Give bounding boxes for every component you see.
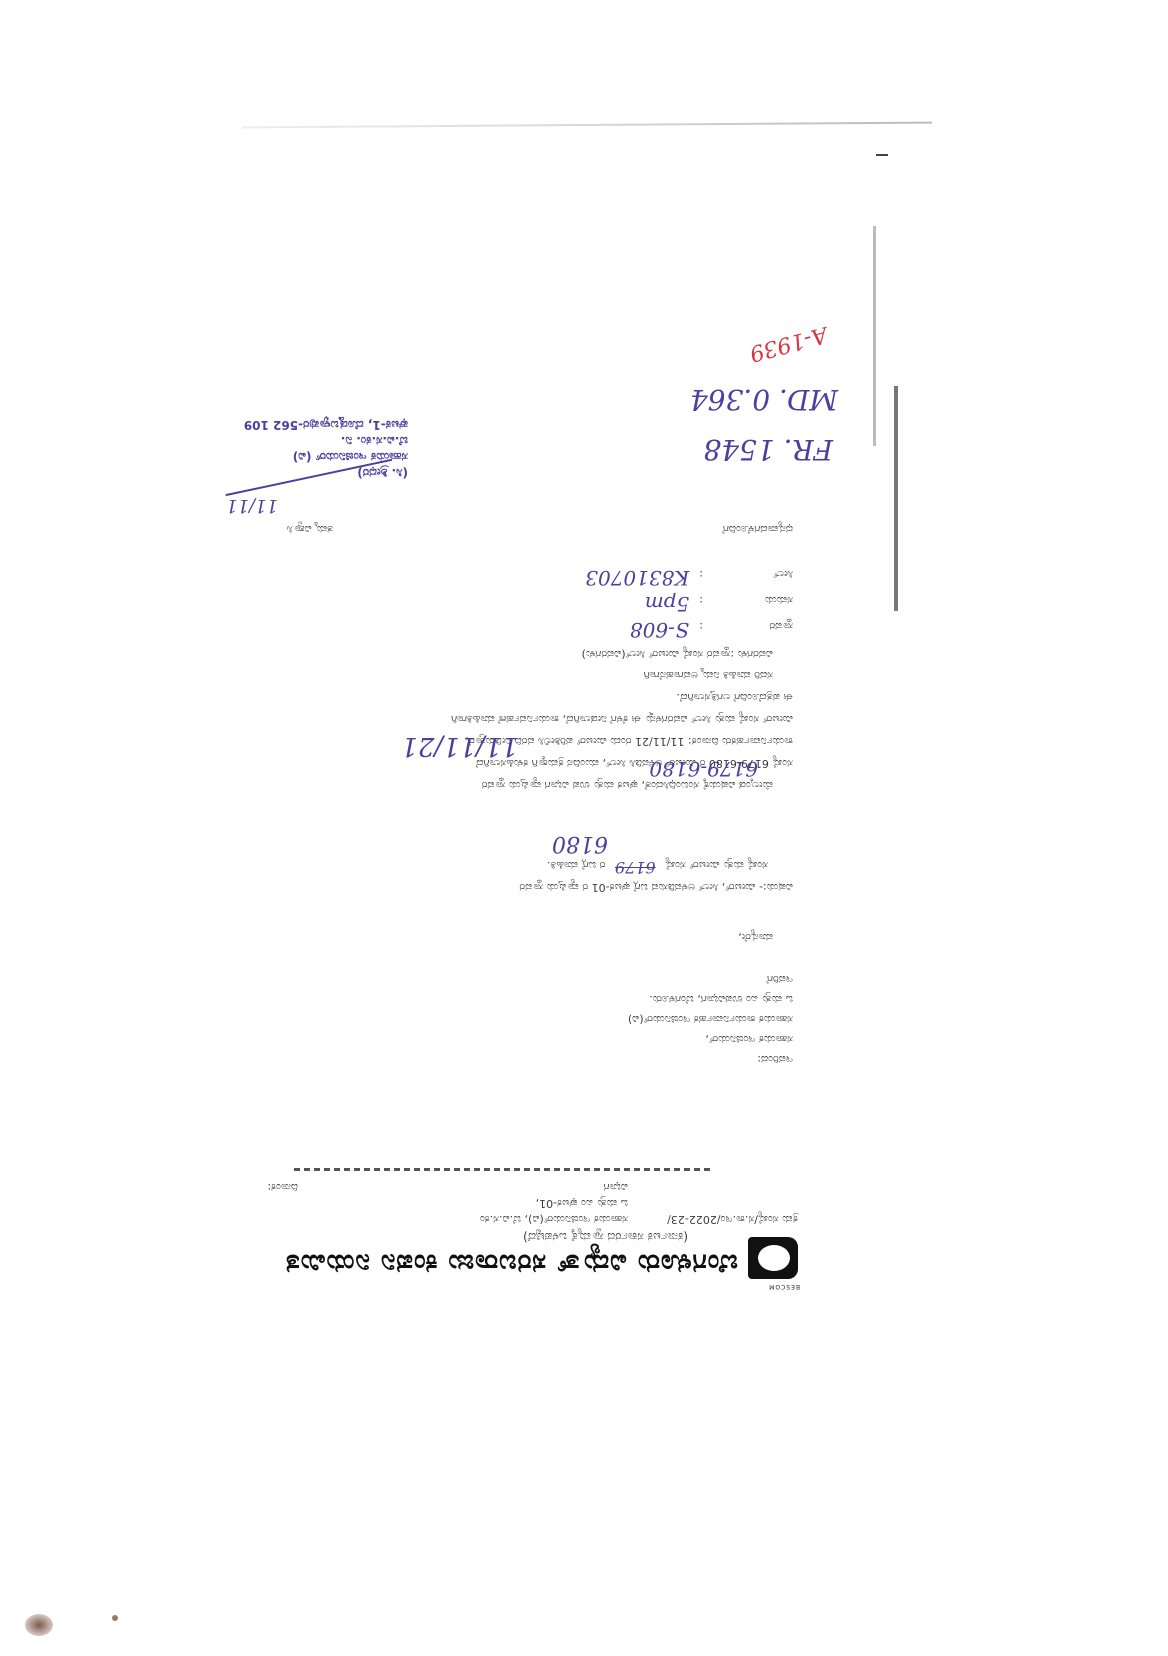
field-label: ಸಮಯ	[703, 589, 793, 611]
handwritten-struck-number: 6179	[615, 858, 656, 877]
field-label: ಸ್ಥಾವರ	[703, 615, 793, 637]
header-divider	[290, 1168, 710, 1171]
office-line: ಒ ಮತ್ತು ಎಂ ಘಟಕ-01,	[536, 1196, 628, 1210]
scan-shadow-edge	[873, 226, 876, 446]
signature-date: 11/11	[226, 495, 278, 516]
address-line: ಇವರಿಗೆ	[767, 972, 793, 986]
field-label: ಸೀಲ್	[703, 563, 793, 585]
body-line: ಸದರಿ ಮಾಹಿತಿ ನಿಮ್ಮ ಅವಗಾಹನೆಗಾಗಿ	[253, 664, 773, 686]
body-line: ಕಾರ್ಯನಿರ್ವಾಹಕರು ದಿನಾಂಕ: 11/11/21 ರಂದು ಮೀ…	[273, 730, 793, 752]
date-label: ದಿನಾಂಕ:	[267, 1180, 298, 1194]
handwritten-date: 11/11/21	[401, 731, 518, 761]
subject-line: ವಿಷಯ:- ಮೀಟರ್, ಸೀಲ್ ಅಳವಡಿಸುವ ಬಗ್ಗೆ ಘಟಕ-01…	[273, 878, 793, 896]
stamp-line: ಬೆ.ವಿ.ಸ.ಕಂ. ನಿ.	[244, 433, 408, 449]
scanned-letter-page: BESCOM ಬೆಂಗಳೂರು ವಿದ್ಯುತ್ ಸರಬರಾಜು ಕಂಪನಿ ನ…	[0, 0, 1168, 1656]
field-row: ಸೀಲ್:K8310703	[585, 563, 793, 589]
closing-text: ಧನ್ಯವಾದಗಳೊಂದಿಗೆ	[722, 522, 793, 536]
handwritten-range: 6179-6180	[649, 757, 758, 781]
field-value: 5pm	[645, 592, 690, 616]
office-line: ಸಹಾಯಕ ಇಂಜಿನಿಯರ್(ವಿ), ಬೆ.ವಿ.ಸ.ಕಂ	[480, 1212, 628, 1226]
stamp-line: ಸಹಾಯಕ ಇಂಜಿನಿಯರ್ (ವಿ)	[244, 449, 408, 465]
fields-block: ಸ್ಥಾವರ:S-608 ಸಮಯ:5pm ಸೀಲ್:K8310703	[585, 563, 793, 641]
md-annotation: MD. 0.364	[690, 383, 838, 416]
organization-title: ಬೆಂಗಳೂರು ವಿದ್ಯುತ್ ಸರಬರಾಜು ಕಂಪನಿ ನಿಯಮಿತ	[285, 1247, 738, 1278]
signature-label: ತಮ್ಮ ವಿಶ್ವಾಸಿ	[287, 522, 333, 536]
organization-subtitle: (ಕರ್ನಾಟಕ ಸರ್ಕಾರದ ಸ್ವಾಮ್ಯಕ್ಕೆ ಒಳಪಟ್ಟಿದೆ)	[523, 1229, 688, 1244]
address-line: ಸಹಾಯಕ ಇಂಜಿನಿಯರ್,	[705, 1032, 793, 1046]
stamp-line: ಘಟಕ-1, ದೊಡ್ಡಬಳ್ಳಾಪುರ-562 109	[244, 417, 408, 433]
field-row: ಸಮಯ:5pm	[585, 589, 793, 615]
scan-edge-line	[242, 122, 932, 129]
fields-heading: ವಿವರಗಳು :ಸ್ಥಾವರ ಸಂಖ್ಯೆ ಮೀಟರ್ ಸೀಲ್(ವಿವರಗಳ…	[582, 647, 773, 661]
reference-number: ಕ್ರಮ ಸಂಖ್ಯೆ/ಸ.ಕಾ.ಇಂ/2022-23/	[667, 1212, 798, 1226]
fr-annotation: FR. 1548	[703, 433, 833, 466]
logo-caption: BESCOM	[768, 1283, 800, 1290]
subject-tail: ರ ಬಗ್ಗೆ ಮಾಹಿತಿ.	[547, 859, 606, 872]
office-line: ವಿಭಾಗ	[604, 1180, 628, 1194]
red-annotation: A-1939	[747, 321, 830, 366]
subject-text: ಸಂಖ್ಯೆ ಮತ್ತು ಮೀಟರ್ ಸಂಖ್ಯೆ	[665, 859, 768, 872]
field-value: K8310703	[585, 566, 689, 590]
subject-line: ಸಂಖ್ಯೆ ಮತ್ತು ಮೀಟರ್ ಸಂಖ್ಯೆ 6179 ರ ಬಗ್ಗೆ ಮ…	[248, 856, 768, 876]
salutation: ಮಾನ್ಯರೇ,	[738, 930, 773, 944]
address-line: ಸಹಾಯಕ ಕಾರ್ಯನಿರ್ವಾಹಕ ಇಂಜಿನಿಯರ್(ವಿ)	[628, 1012, 793, 1026]
punch-hole-mark	[25, 1614, 53, 1636]
handwritten-number: 6180	[552, 831, 608, 856]
scan-shadow-edge	[894, 386, 898, 611]
company-logo-icon	[748, 1237, 798, 1279]
scan-mark	[876, 154, 888, 156]
body-line: ಮೀಟರ್ ಸಂಖ್ಯೆ ಮತ್ತು ಸೀಲ್ ವಿವರಗಳನ್ನು ಈ ಕೆಳ…	[273, 708, 793, 730]
official-stamp: (ಸಿ. ಶ್ರೀಧರ) ಸಹಾಯಕ ಇಂಜಿನಿಯರ್ (ವಿ) ಬೆ.ವಿ.…	[244, 417, 408, 481]
from-label: ಇವರಿಂದ:	[757, 1052, 793, 1066]
address-line: ಒ ಮತ್ತು ಎಂ ಉಪವಿಭಾಗ, ಬೆಂಗಳೂರು.	[649, 992, 793, 1006]
scan-dot	[112, 1615, 118, 1621]
stamp-line: (ಸಿ. ಶ್ರೀಧರ)	[244, 465, 408, 481]
field-value: S-608	[630, 618, 689, 642]
body-line: ಈ ಪತ್ರದೊಂದಿಗೆ ಲಗತ್ತಿಸಲಾಗಿದೆ.	[273, 686, 793, 708]
field-row: ಸ್ಥಾವರ:S-608	[585, 615, 793, 641]
